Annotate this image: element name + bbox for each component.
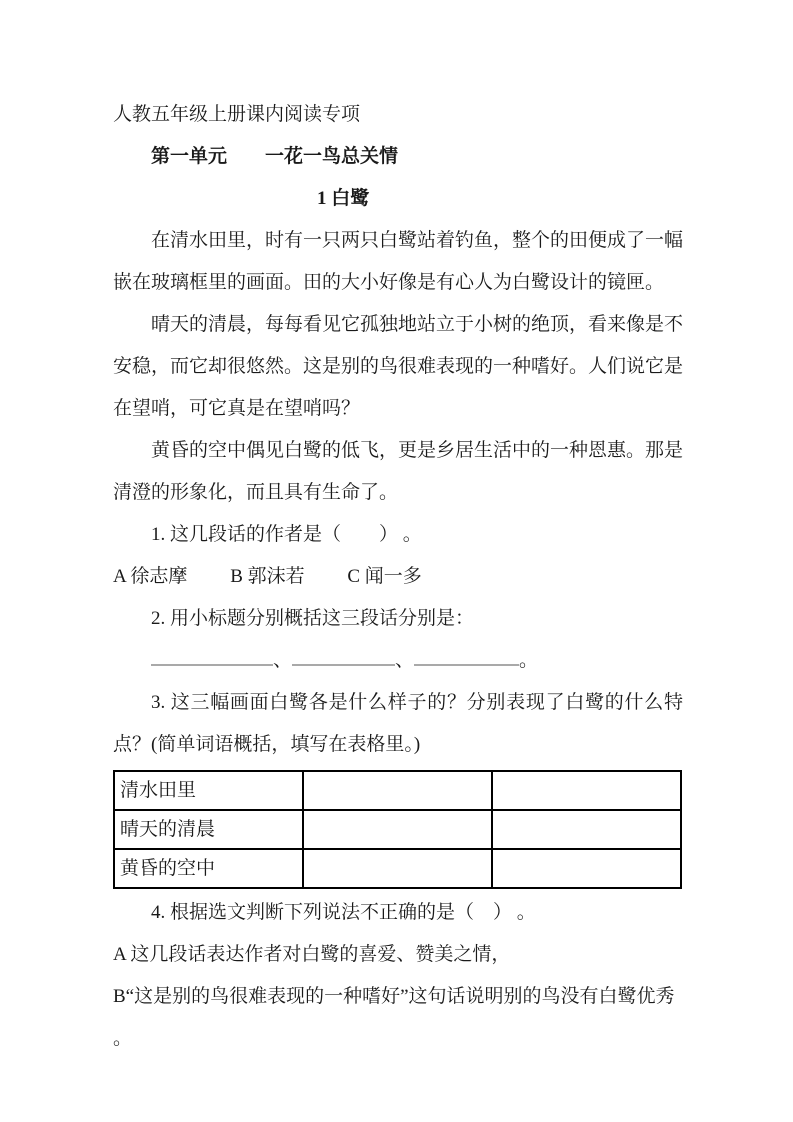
passage-paragraph-2: 晴天的清晨，每每看见它孤独地站立于小树的绝顶，看来像是不安稳，而它却很悠然。这是… bbox=[113, 304, 683, 430]
document-page: 人教五年级上册课内阅读专项 第一单元 一花一鸟总关情 1 白鹭 在清水田里，时有… bbox=[0, 0, 793, 1122]
q1-option-c: C 闻一多 bbox=[347, 566, 421, 587]
question-3: 3. 这三幅画面白鹭各是什么样子的？分别表现了白鹭的什么特点？(简单词语概括，填… bbox=[113, 682, 683, 766]
table-cell-answer-2b[interactable] bbox=[492, 810, 681, 849]
passage-paragraph-3: 黄昏的空中偶见白鹭的低飞，更是乡居生活中的一种恩惠。那是清澄的形象化，而且具有生… bbox=[113, 430, 683, 514]
table-row-1: 清水田里 bbox=[114, 771, 681, 810]
table-row-2: 晴天的清晨 bbox=[114, 810, 681, 849]
answer-table: 清水田里 晴天的清晨 黄昏的空中 bbox=[113, 770, 682, 889]
question-4: 4. 根据选文判断下列说法不正确的是（ ） 。 bbox=[113, 892, 683, 934]
question-2: 2. 用小标题分别概括这三段话分别是： bbox=[113, 598, 683, 640]
answer-blank-1[interactable] bbox=[151, 645, 273, 666]
table-cell-answer-2a[interactable] bbox=[303, 810, 492, 849]
passage-paragraph-1: 在清水田里，时有一只两只白鹭站着钓鱼，整个的田便成了一幅嵌在玻璃框里的画面。田的… bbox=[113, 220, 683, 304]
table-cell-scene-3: 黄昏的空中 bbox=[114, 849, 303, 888]
blank-separator: 、 bbox=[395, 650, 414, 671]
q4-option-a: A 这几段话表达作者对白鹭的喜爱、赞美之情， bbox=[113, 934, 683, 976]
table-cell-answer-1a[interactable] bbox=[303, 771, 492, 810]
lesson-title: 1 白鹭 bbox=[113, 178, 683, 220]
table-row-3: 黄昏的空中 bbox=[114, 849, 681, 888]
blank-separator: 、 bbox=[273, 650, 292, 671]
q4-option-b: B“这是别的鸟很难表现的一种嗜好”这句话说明别的鸟没有白鹭优秀 。 bbox=[113, 976, 683, 1060]
q1-option-b: B 郭沫若 bbox=[230, 566, 304, 587]
blank-terminator: 。 bbox=[519, 650, 538, 671]
question-1-options: A 徐志摩 B 郭沫若 C 闻一多 bbox=[113, 556, 683, 598]
question-2-blanks: 、、。 bbox=[113, 640, 683, 682]
answer-blank-2[interactable] bbox=[292, 645, 395, 666]
table-cell-scene-1: 清水田里 bbox=[114, 771, 303, 810]
table-cell-answer-1b[interactable] bbox=[492, 771, 681, 810]
doc-header: 人教五年级上册课内阅读专项 bbox=[113, 94, 683, 136]
q1-option-a: A 徐志摩 bbox=[113, 566, 187, 587]
table-cell-scene-2: 晴天的清晨 bbox=[114, 810, 303, 849]
answer-blank-3[interactable] bbox=[414, 645, 519, 666]
question-1: 1. 这几段话的作者是（ ） 。 bbox=[113, 514, 683, 556]
unit-title: 第一单元 一花一鸟总关情 bbox=[113, 136, 683, 178]
table-cell-answer-3a[interactable] bbox=[303, 849, 492, 888]
table-cell-answer-3b[interactable] bbox=[492, 849, 681, 888]
